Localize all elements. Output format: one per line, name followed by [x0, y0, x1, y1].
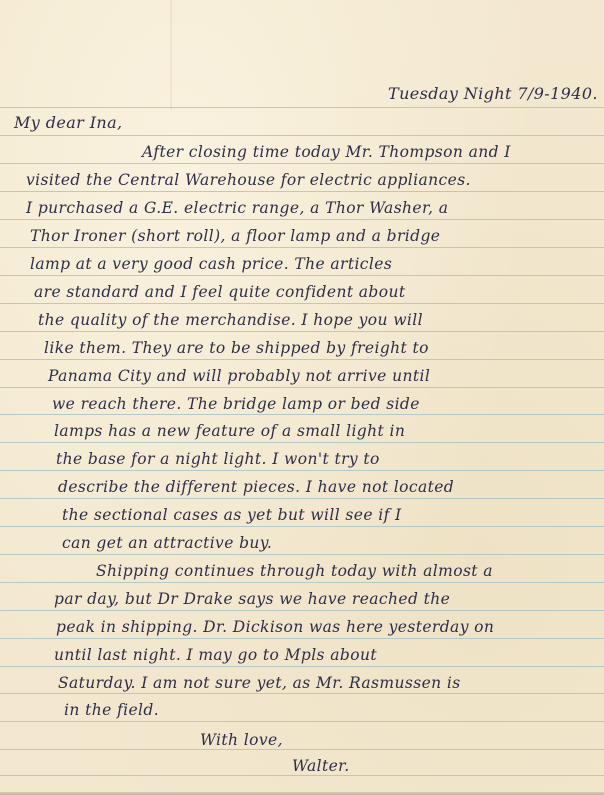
- rule-line: [0, 359, 604, 360]
- body-line: describe the different pieces. I have no…: [58, 477, 454, 497]
- rule-line: [0, 191, 604, 192]
- body-line: are standard and I feel quite confident …: [34, 282, 406, 302]
- body-line: the sectional cases as yet but will see …: [62, 505, 402, 525]
- body-line: like them. They are to be shipped by fre…: [44, 338, 429, 358]
- rule-line: [0, 303, 604, 304]
- body-line: Saturday. I am not sure yet, as Mr. Rasm…: [58, 673, 461, 693]
- body-line: Shipping continues through today with al…: [96, 561, 493, 581]
- rule-line: [0, 721, 604, 722]
- rule-line: [0, 275, 604, 276]
- body-line: par day, but Dr Drake says we have reach…: [54, 589, 450, 609]
- rule-line: [0, 414, 604, 415]
- letter-signature: Walter.: [292, 756, 350, 776]
- rule-line: [0, 163, 604, 164]
- rule-line: [0, 638, 604, 639]
- rule-line: [0, 582, 604, 583]
- body-line: After closing time today Mr. Thompson an…: [142, 142, 511, 162]
- rule-line: [0, 442, 604, 443]
- body-line: I purchased a G.E. electric range, a Tho…: [26, 198, 448, 218]
- body-line: peak in shipping. Dr. Dickison was here …: [56, 617, 494, 637]
- rule-line: [0, 219, 604, 220]
- body-line: until last night. I may go to Mpls about: [54, 645, 377, 665]
- rule-line: [0, 107, 604, 108]
- rule-line: [0, 331, 604, 332]
- body-line: Panama City and will probably not arrive…: [48, 366, 430, 386]
- body-line: can get an attractive buy.: [62, 533, 272, 553]
- letter-closing: With love,: [200, 730, 283, 750]
- rule-line: [0, 247, 604, 248]
- letter-date: Tuesday Night 7/9-1940.: [388, 84, 598, 104]
- body-line: in the field.: [64, 700, 159, 720]
- letter-page: Tuesday Night 7/9-1940. My dear Ina, Aft…: [0, 0, 604, 795]
- rule-line: [0, 387, 604, 388]
- rule-line: [0, 666, 604, 667]
- rule-line: [0, 749, 604, 750]
- letter-salutation: My dear Ina,: [14, 113, 123, 133]
- rule-line: [0, 554, 604, 555]
- rule-line: [0, 610, 604, 611]
- body-line: visited the Central Warehouse for electr…: [26, 170, 471, 190]
- body-line: the quality of the merchandise. I hope y…: [38, 310, 423, 330]
- body-line: Thor Ironer (short roll), a floor lamp a…: [30, 226, 440, 246]
- rule-line: [0, 135, 604, 136]
- rule-line: [0, 693, 604, 694]
- rule-line: [0, 470, 604, 471]
- rule-line: [0, 526, 604, 527]
- rule-line: [0, 498, 604, 499]
- paper-fold-mark: [170, 0, 172, 110]
- body-line: we reach there. The bridge lamp or bed s…: [52, 394, 420, 414]
- body-line: lamps has a new feature of a small light…: [54, 421, 405, 441]
- body-line: the base for a night light. I won't try …: [56, 449, 380, 469]
- body-line: lamp at a very good cash price. The arti…: [30, 254, 392, 274]
